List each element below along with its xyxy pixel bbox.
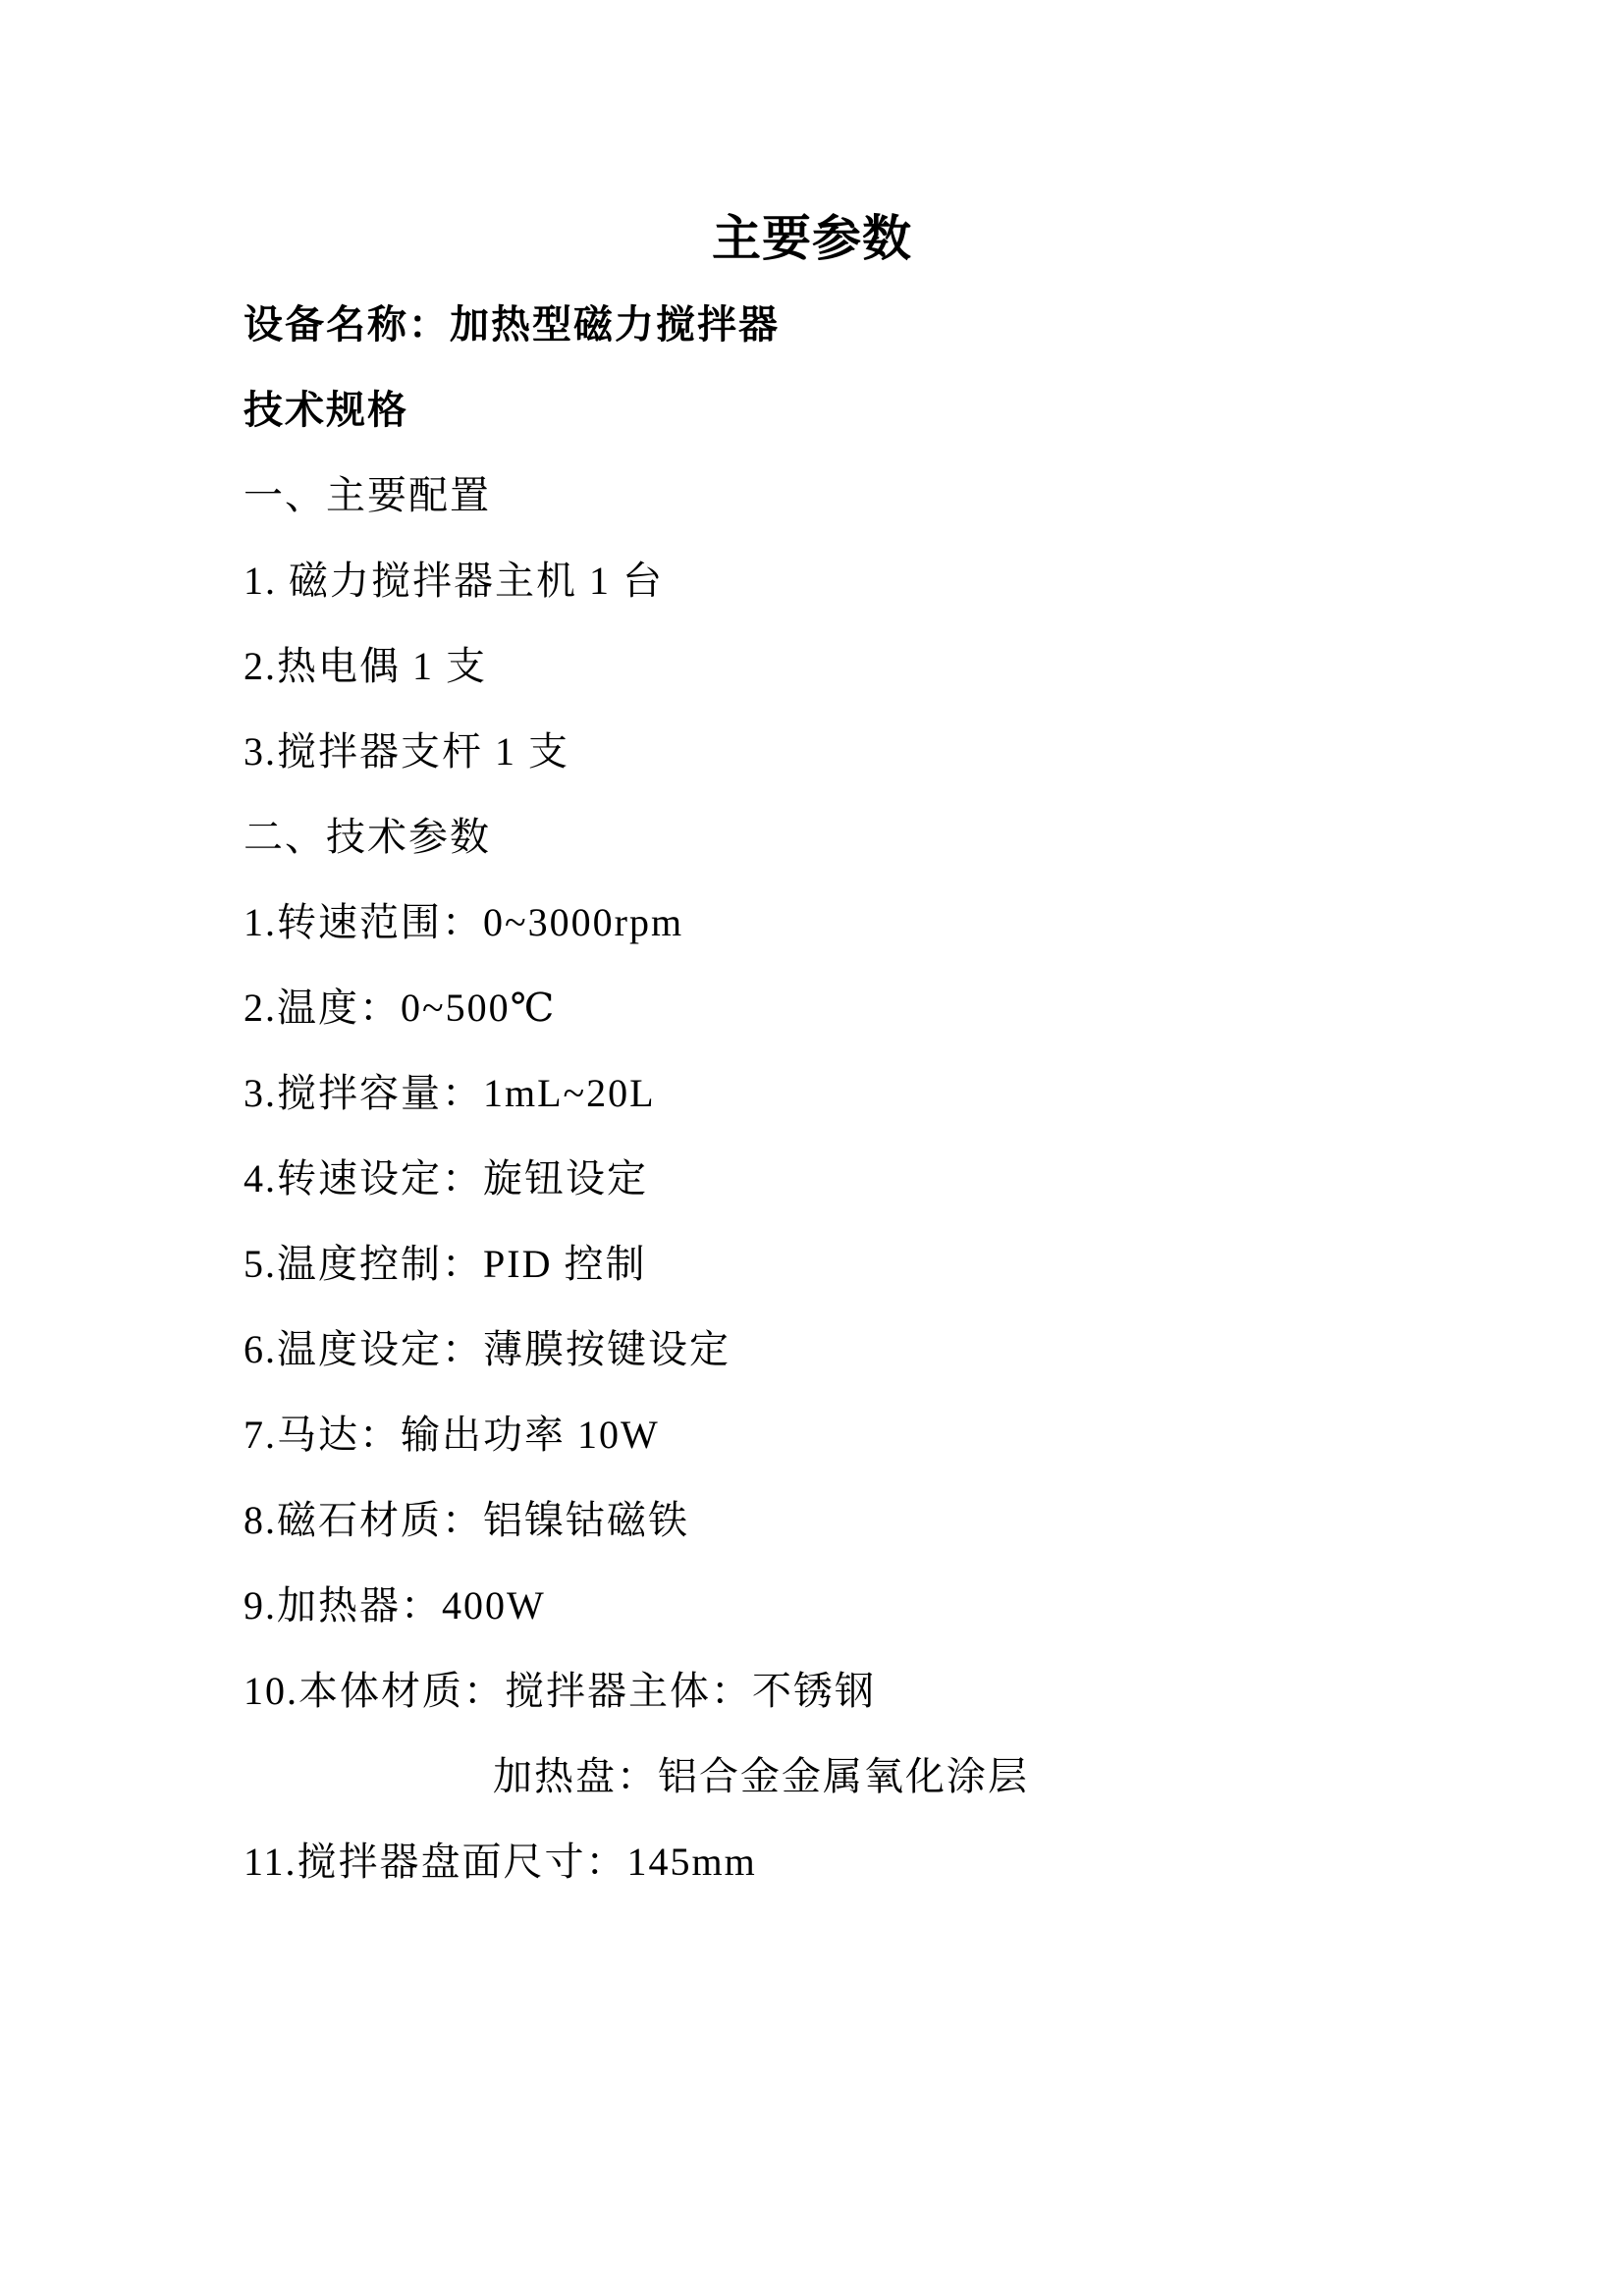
section-1-heading: 一、主要配置 xyxy=(244,453,1565,538)
document-page: 主要参数 设备名称：加热型磁力搅拌器 技术规格 一、主要配置 1. 磁力搅拌器主… xyxy=(0,0,1624,1904)
param-plate-size: 11.搅拌器盘面尺寸：145mm xyxy=(244,1819,1565,1904)
param-speed-range: 1.转速范围：0~3000rpm xyxy=(244,880,1565,965)
config-item-2: 2.热电偶 1 支 xyxy=(244,623,1565,709)
config-item-1: 1. 磁力搅拌器主机 1 台 xyxy=(244,538,1565,623)
config-item-3: 3.搅拌器支杆 1 支 xyxy=(244,709,1565,794)
section-2-heading: 二、技术参数 xyxy=(244,794,1565,880)
param-magnet-material: 8.磁石材质：铝镍钴磁铁 xyxy=(244,1477,1565,1563)
param-body-material: 10.本体材质：搅拌器主体：不锈钢 xyxy=(244,1648,1565,1734)
param-temp-control: 5.温度控制：PID 控制 xyxy=(244,1221,1565,1307)
param-speed-setting: 4.转速设定：旋钮设定 xyxy=(244,1136,1565,1221)
param-temp-setting: 6.温度设定：薄膜按键设定 xyxy=(244,1307,1565,1392)
param-motor: 7.马达：输出功率 10W xyxy=(244,1392,1565,1477)
document-body: 设备名称：加热型磁力搅拌器 技术规格 一、主要配置 1. 磁力搅拌器主机 1 台… xyxy=(0,282,1624,1904)
spec-heading: 技术规格 xyxy=(244,367,1565,453)
param-temperature: 2.温度：0~500℃ xyxy=(244,965,1565,1050)
param-stir-capacity: 3.搅拌容量：1mL~20L xyxy=(244,1050,1565,1136)
device-name-line: 设备名称：加热型磁力搅拌器 xyxy=(244,282,1565,367)
param-heater: 9.加热器：400W xyxy=(244,1563,1565,1648)
page-title: 主要参数 xyxy=(0,196,1624,282)
param-heating-plate: 加热盘：铝合金金属氧化涂层 xyxy=(493,1734,1565,1819)
